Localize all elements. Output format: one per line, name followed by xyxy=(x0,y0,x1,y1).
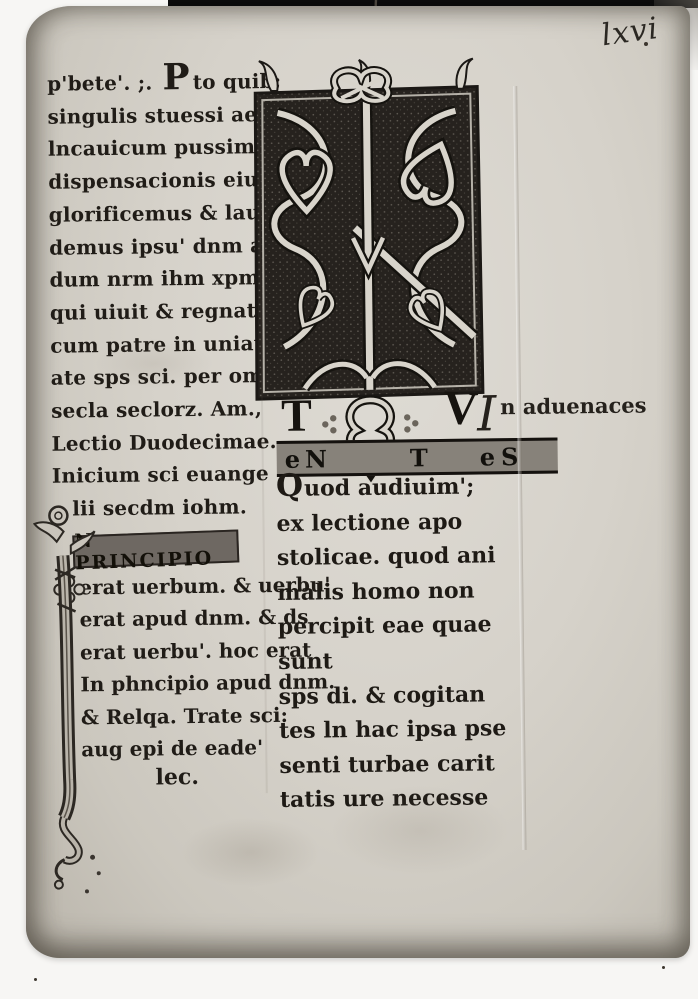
manuscript-line: stolicae. quod ani xyxy=(277,538,533,576)
ink-speck xyxy=(34,978,37,981)
manuscript-line: sps di. & cogitan xyxy=(278,676,534,714)
manuscript-line: p'bete'. ;.Pto quib; xyxy=(47,65,273,100)
manuscript-line: tes ln hac ipsa pse xyxy=(279,711,535,749)
manuscript-line: malis homo non xyxy=(277,573,533,611)
folio-number: lxvi xyxy=(599,11,660,53)
manuscript-line: qui uiuit & regnat xyxy=(50,294,276,329)
page-content: lxvi p'bete'. ;.Pto quib; singulis stues… xyxy=(20,2,696,962)
manuscript-line: ex lectione apo xyxy=(276,503,532,541)
manuscript-line: dispensacionis eius. xyxy=(48,163,274,198)
manuscript-line: singulis stuessi aed xyxy=(47,98,273,133)
initial-p: P xyxy=(162,56,190,98)
ink-speck xyxy=(644,42,648,46)
line-text: p'bete'. ;. xyxy=(47,70,153,95)
manuscript-line: dum nrm ihm xpm. xyxy=(49,261,275,296)
manuscript-page: lxvi p'bete'. ;.Pto quib; singulis stues… xyxy=(26,6,690,958)
manuscript-line: Lectio Duodecimae. xyxy=(51,425,277,460)
initial-q: Q xyxy=(276,468,303,504)
manuscript-line: ate sps sci. per omia xyxy=(51,359,277,394)
line-text: uod audiuim'; xyxy=(304,474,475,502)
manuscript-line: cum patre in uniate xyxy=(50,327,276,362)
manuscript-line: glorificemus & lau xyxy=(49,196,275,231)
display-letter-v: V xyxy=(442,380,480,437)
catchword-lec: lec. xyxy=(155,764,199,791)
manuscript-line: lncauicum pussime xyxy=(48,130,274,165)
right-text-column: Quod audiuim'; ex lectione apo stolicae.… xyxy=(276,466,536,818)
manuscript-line: percipit eae quae sunt xyxy=(278,607,535,679)
manuscript-line: senti turbae carit xyxy=(279,746,535,784)
marginal-initial-i-icon xyxy=(30,499,107,900)
manuscript-photo: lxvi p'bete'. ;.Pto quib; singulis stues… xyxy=(0,0,698,999)
manuscript-line: demus ipsu' dnm ae xyxy=(49,229,275,264)
manuscript-line: secla seclorz. Am., xyxy=(51,392,277,427)
display-letter-t: T xyxy=(281,389,312,442)
manuscript-line: Inicium sci euange xyxy=(52,457,278,492)
manuscript-line: Quod audiuim'; xyxy=(276,466,532,507)
margin-note: In aduenaces xyxy=(477,392,687,433)
ink-speck xyxy=(662,966,665,969)
manuscript-line: tatis ure necesse xyxy=(280,780,536,818)
parchment-stain xyxy=(180,816,321,888)
